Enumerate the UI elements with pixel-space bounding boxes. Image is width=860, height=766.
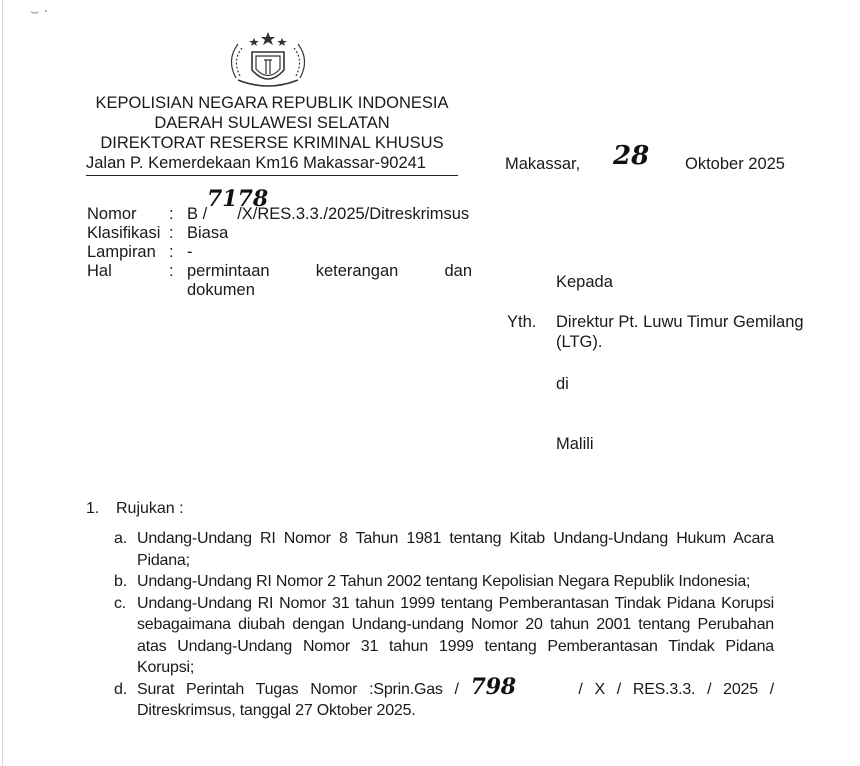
reference-text: Undang-Undang RI Nomor 8 Tahun 1981 tent… xyxy=(137,528,774,571)
nomor-prefix: B / xyxy=(187,205,207,223)
letter-body: 1. Rujukan : a. Undang-Undang RI Nomor 8… xyxy=(86,500,774,722)
page-edge xyxy=(2,0,3,766)
point-1-number: 1. xyxy=(86,500,116,518)
letterhead-line3: DIREKTORAT RESERSE KRIMINAL KHUSUS xyxy=(86,133,458,153)
date-month-year: Oktober 2025 xyxy=(685,155,785,174)
reference-letter: d. xyxy=(114,679,137,722)
letterhead: KEPOLISIAN NEGARA REPUBLIK INDONESIA DAE… xyxy=(86,93,458,173)
colon: : xyxy=(169,262,187,300)
letterhead-line2: DAERAH SULAWESI SELATAN xyxy=(86,113,458,133)
hal-value: permintaan keterangan dan dokumen xyxy=(187,262,472,300)
colon: : xyxy=(169,243,187,262)
letter-meta: Nomor : B //X/RES.3.3./2025/Ditreskrimsu… xyxy=(87,205,472,300)
nomor-label: Nomor xyxy=(87,205,169,224)
colon: : xyxy=(169,224,187,243)
recipient-name: Direktur Pt. Luwu Timur Gemilang (LTG). xyxy=(556,312,826,352)
date-day-handwritten: 28 xyxy=(613,141,649,171)
reference-list: a. Undang-Undang RI Nomor 8 Tahun 1981 t… xyxy=(114,528,774,722)
meta-row-nomor: Nomor : B //X/RES.3.3./2025/Ditreskrimsu… xyxy=(87,205,472,224)
yth-label: Yth. xyxy=(507,312,536,332)
reference-text-before: Surat Perintah Tugas Nomor :Sprin.Gas / xyxy=(137,681,459,698)
lampiran-value: - xyxy=(187,243,472,262)
hal-line1: permintaan keterangan dan xyxy=(187,262,472,281)
letterhead-address: Jalan P. Kemerdekaan Km16 Makassar-90241 xyxy=(86,153,458,173)
point-1-title: Rujukan : xyxy=(116,500,184,518)
date-city: Makassar, xyxy=(505,155,580,174)
reference-letter: c. xyxy=(114,593,137,679)
hal-line2: dokumen xyxy=(187,281,472,300)
meta-row-klasifikasi: Klasifikasi : Biasa xyxy=(87,224,472,243)
nomor-suffix: /X/RES.3.3./2025/Ditreskrimsus xyxy=(237,205,469,223)
letterhead-line1: KEPOLISIAN NEGARA REPUBLIK INDONESIA xyxy=(86,93,458,113)
hal-label: Hal xyxy=(87,262,169,300)
klasifikasi-label: Klasifikasi xyxy=(87,224,169,243)
polri-emblem-icon xyxy=(218,30,318,92)
reference-letter: b. xyxy=(114,571,137,593)
nomor-value: B //X/RES.3.3./2025/Ditreskrimsus xyxy=(187,205,472,224)
point-1: 1. Rujukan : xyxy=(86,500,774,518)
reference-letter: a. xyxy=(114,528,137,571)
margin-scribble: ⌣ · xyxy=(30,4,48,20)
reference-item: a. Undang-Undang RI Nomor 8 Tahun 1981 t… xyxy=(114,528,774,571)
reference-item: d. Surat Perintah Tugas Nomor :Sprin.Gas… xyxy=(114,679,774,722)
recipient-city: Malili xyxy=(556,434,594,454)
reference-item: c. Undang-Undang RI Nomor 31 tahun 1999 … xyxy=(114,593,774,679)
kepada-label: Kepada xyxy=(556,272,613,292)
colon: : xyxy=(169,205,187,224)
klasifikasi-value: Biasa xyxy=(187,224,472,243)
reference-text: Surat Perintah Tugas Nomor :Sprin.Gas / … xyxy=(137,679,774,722)
lampiran-label: Lampiran xyxy=(87,243,169,262)
di-label: di xyxy=(556,374,569,394)
reference-item: b. Undang-Undang RI Nomor 2 Tahun 2002 t… xyxy=(114,571,774,593)
sprin-number-handwritten: 798 xyxy=(471,679,567,695)
reference-text: Undang-Undang RI Nomor 2 Tahun 2002 tent… xyxy=(137,571,774,593)
reference-text: Undang-Undang RI Nomor 31 tahun 1999 ten… xyxy=(137,593,774,679)
meta-row-lampiran: Lampiran : - xyxy=(87,243,472,262)
letterhead-divider xyxy=(86,175,458,176)
meta-row-hal: Hal : permintaan keterangan dan dokumen xyxy=(87,262,472,300)
